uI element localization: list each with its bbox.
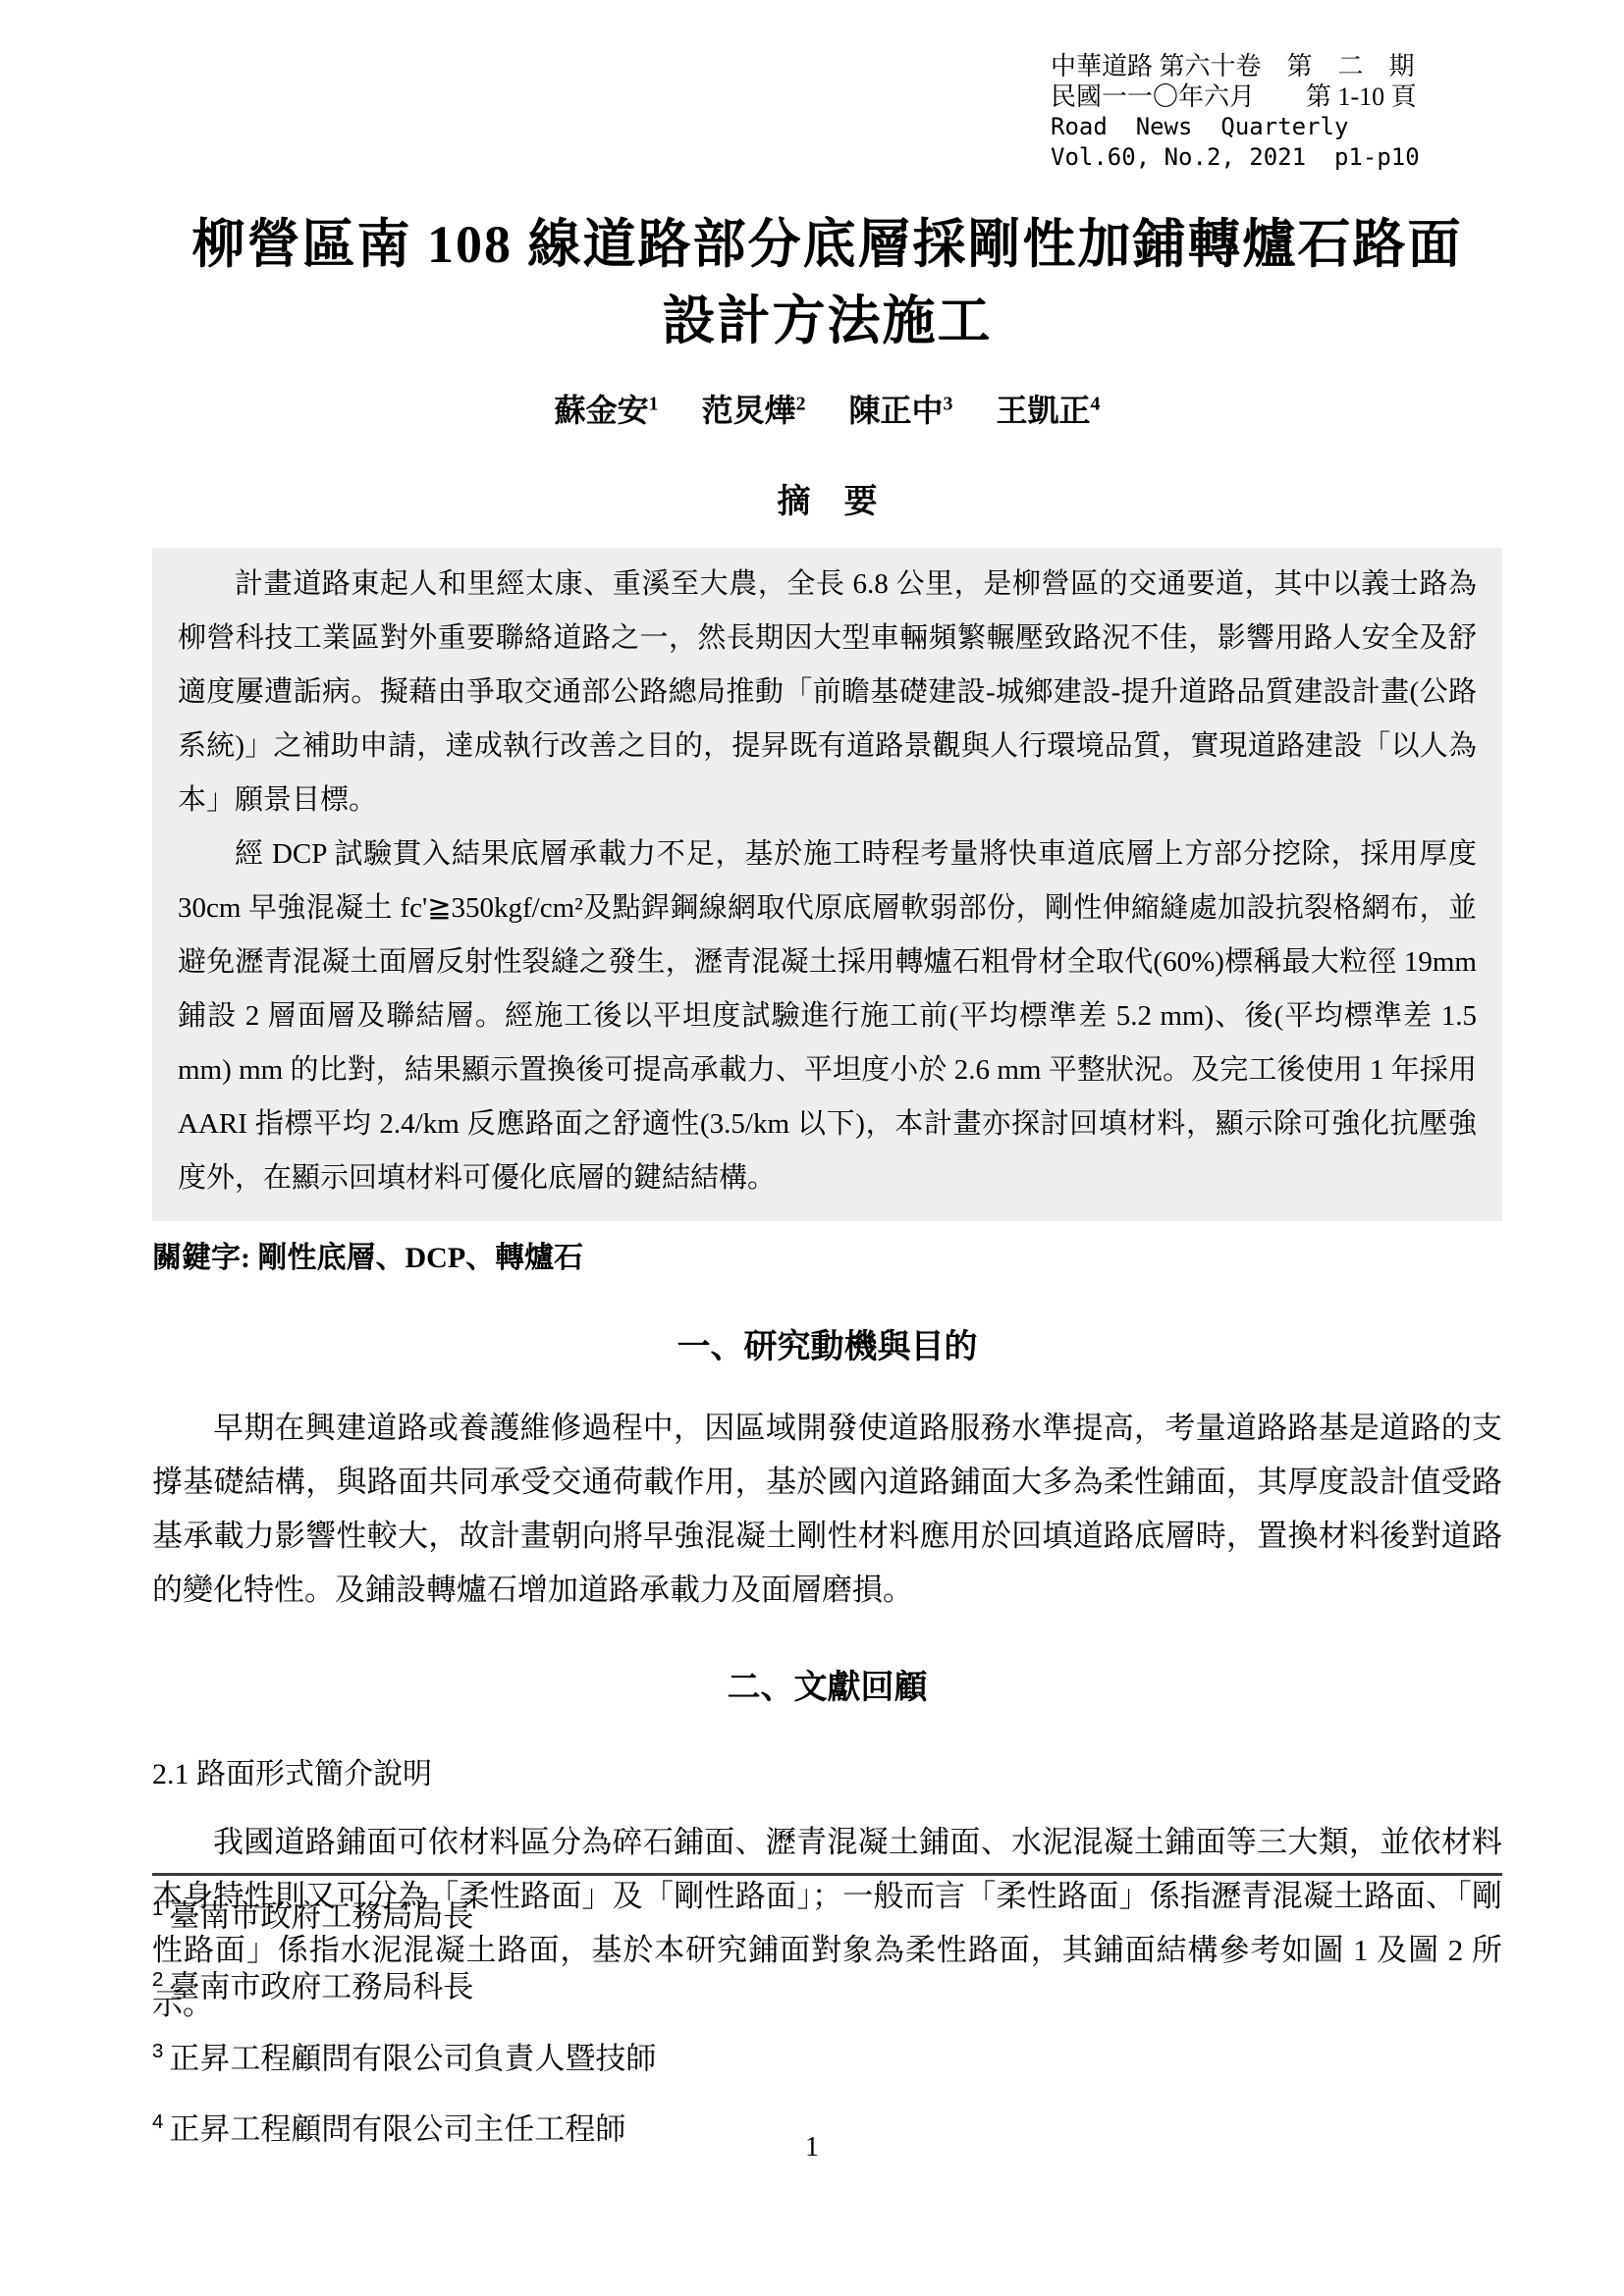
author-4: 王凱正4 xyxy=(996,393,1100,428)
section-2-heading: 二、文獻回顧 xyxy=(152,1660,1502,1708)
abstract-heading: 摘 要 xyxy=(152,474,1502,522)
journal-header: 中華道路 第六十卷 第 二 期 民國一一〇年六月 第 1-10 頁 Road N… xyxy=(1051,0,1502,173)
journal-name-english: Road News Quarterly xyxy=(1051,112,1502,142)
author-3-name: 陳正中 xyxy=(849,393,944,428)
footnote-4-marker: 4 xyxy=(152,2110,163,2133)
paper-title: 柳營區南 108 線道路部分底層採剛性加鋪轉爐石路面 設計方法施工 xyxy=(152,206,1502,360)
abstract-box: 計畫道路東起人和里經太康、重溪至大農，全長 6.8 公里，是柳營區的交通要道，其… xyxy=(152,548,1502,1221)
footnote-2: 2臺南市政府工務局科長 xyxy=(152,1960,1502,2006)
author-3-affiliation-marker: 3 xyxy=(944,393,953,414)
journal-date-line: 民國一一〇年六月 第 1-10 頁 xyxy=(1051,81,1502,112)
page-content: 中華道路 第六十卷 第 二 期 民國一一〇年六月 第 1-10 頁 Road N… xyxy=(0,0,1624,2031)
footnote-2-marker: 2 xyxy=(152,1968,163,1991)
paper-page: 中華道路 第六十卷 第 二 期 民國一一〇年六月 第 1-10 頁 Road N… xyxy=(0,0,1624,2296)
footnote-1-text: 臺南市政府工務局局長 xyxy=(169,1898,473,1933)
author-1-affiliation-marker: 1 xyxy=(649,393,659,414)
keywords-line: 關鍵字: 剛性底層、DCP、轉爐石 xyxy=(152,1233,1502,1276)
footnote-area: 1臺南市政府工務局局長 2臺南市政府工務局科長 3正昇工程顧問有限公司負責人暨技… xyxy=(152,1873,1502,2173)
footnote-2-text: 臺南市政府工務局科長 xyxy=(169,1970,473,2004)
footnote-1-marker: 1 xyxy=(152,1897,163,1920)
author-3: 陳正中3 xyxy=(849,393,953,428)
author-2-affiliation-marker: 2 xyxy=(796,393,806,414)
paper-title-line-1: 柳營區南 108 線道路部分底層採剛性加鋪轉爐石路面 xyxy=(152,206,1502,283)
authors-line: 蘇金安1 范炅燁2 陳正中3 王凱正4 xyxy=(152,386,1502,431)
journal-volume-line: 中華道路 第六十卷 第 二 期 xyxy=(1051,51,1502,81)
paper-title-line-2: 設計方法施工 xyxy=(152,283,1502,359)
page-number: 1 xyxy=(0,2132,1624,2163)
footnote-3: 3正昇工程顧問有限公司負責人暨技師 xyxy=(152,2032,1502,2078)
journal-volume-english: Vol.60, No.2, 2021 p1-p10 xyxy=(1051,142,1502,173)
abstract-paragraph-2: 經 DCP 試驗貫入結果底層承載力不足，基於施工時程考量將快車道底層上方部分挖除… xyxy=(178,828,1477,1205)
section-2-1-subheading: 2.1 路面形式簡介說明 xyxy=(152,1747,1502,1801)
author-1: 蘇金安1 xyxy=(555,393,659,428)
author-4-affiliation-marker: 4 xyxy=(1090,393,1100,414)
section-1-paragraph: 早期在興建道路或養護維修過程中，因區域開發使道路服務水準提高，考量道路路基是道路… xyxy=(152,1401,1502,1617)
footnote-3-text: 正昇工程顧問有限公司負責人暨技師 xyxy=(169,2041,656,2075)
footnote-3-marker: 3 xyxy=(152,2040,163,2062)
author-2-name: 范炅燁 xyxy=(702,393,796,428)
author-2: 范炅燁2 xyxy=(702,393,806,428)
footnote-1: 1臺南市政府工務局局長 xyxy=(152,1890,1502,1936)
section-1-heading: 一、研究動機與目的 xyxy=(152,1319,1502,1367)
abstract-paragraph-1: 計畫道路東起人和里經太康、重溪至大農，全長 6.8 公里，是柳營區的交通要道，其… xyxy=(178,558,1477,828)
author-1-name: 蘇金安 xyxy=(555,393,649,428)
author-4-name: 王凱正 xyxy=(996,393,1090,428)
